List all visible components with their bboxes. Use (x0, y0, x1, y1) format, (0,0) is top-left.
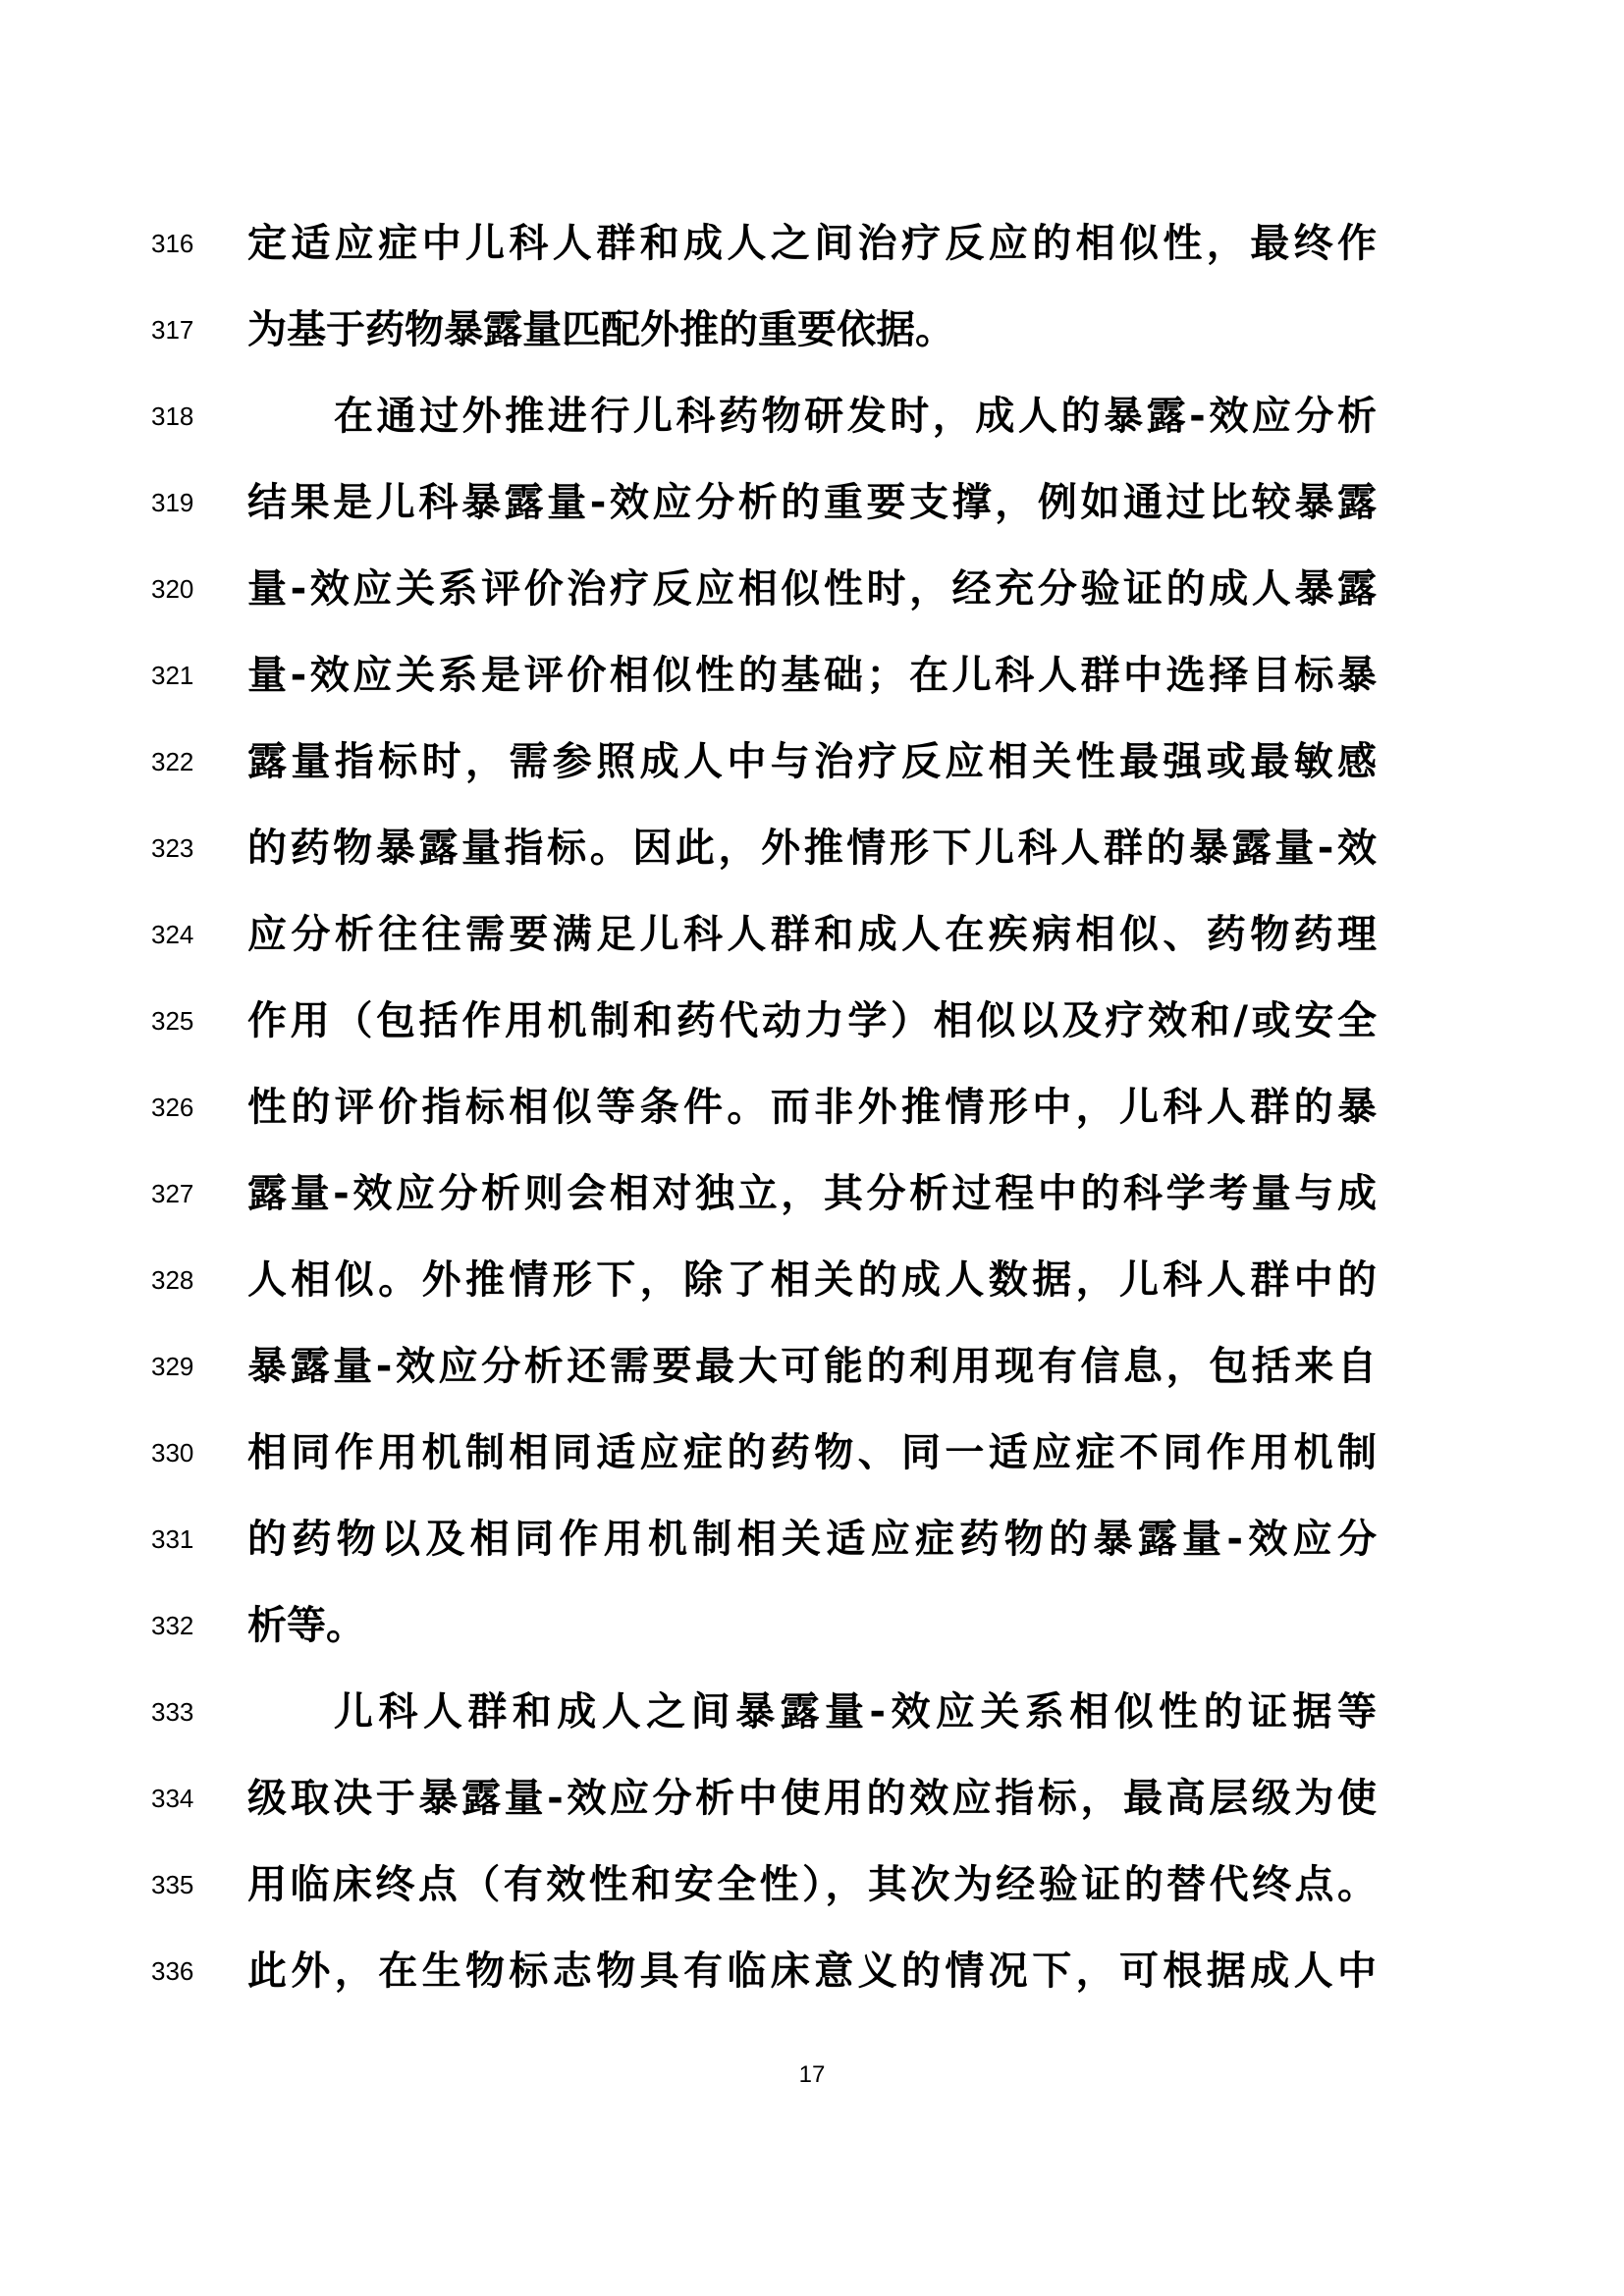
line-text: 露量-效应分析则会相对独立，其分析过程中的科学考量与成 (247, 1169, 1377, 1218)
line-332: 332 析等。 (0, 1601, 1624, 1687)
line-number: 326 (151, 1083, 220, 1132)
line-number: 320 (151, 564, 220, 614)
line-number: 330 (151, 1428, 220, 1477)
line-number: 317 (151, 305, 220, 354)
line-321: 321 量-效应关系是评价相似性的基础；在儿科人群中选择目标暴 (0, 651, 1624, 737)
line-318: 318 在通过外推进行儿科药物研发时，成人的暴露-效应分析 (0, 392, 1624, 478)
line-number: 328 (151, 1255, 220, 1305)
line-text: 量-效应关系评价治疗反应相似性时，经充分验证的成人暴露 (247, 564, 1377, 614)
line-number: 335 (151, 1860, 220, 1909)
line-number: 332 (151, 1601, 220, 1650)
line-327: 327 露量-效应分析则会相对独立，其分析过程中的科学考量与成 (0, 1169, 1624, 1255)
line-text: 相同作用机制相同适应症的药物、同一适应症不同作用机制 (247, 1428, 1377, 1477)
line-number: 333 (151, 1687, 220, 1736)
line-number: 321 (151, 651, 220, 700)
line-text: 露量指标时，需参照成人中与治疗反应相关性最强或最敏感 (247, 737, 1377, 786)
line-331: 331 的药物以及相同作用机制相关适应症药物的暴露量-效应分 (0, 1515, 1624, 1601)
line-text: 此外，在生物标志物具有临床意义的情况下，可根据成人中 (247, 1947, 1377, 1996)
line-number: 324 (151, 910, 220, 959)
line-330: 330 相同作用机制相同适应症的药物、同一适应症不同作用机制 (0, 1428, 1624, 1515)
line-317: 317 为基于药物暴露量匹配外推的重要依据。 (0, 305, 1624, 392)
line-number: 334 (151, 1774, 220, 1823)
line-text: 儿科人群和成人之间暴露量-效应关系相似性的证据等 (334, 1687, 1377, 1736)
line-number: 331 (151, 1515, 220, 1564)
line-number: 336 (151, 1947, 220, 1996)
line-316: 316 定适应症中儿科人群和成人之间治疗反应的相似性，最终作 (0, 219, 1624, 305)
line-text: 在通过外推进行儿科药物研发时，成人的暴露-效应分析 (334, 392, 1377, 441)
line-number: 322 (151, 737, 220, 786)
line-text: 应分析往往需要满足儿科人群和成人在疾病相似、药物药理 (247, 910, 1377, 959)
line-322: 322 露量指标时，需参照成人中与治疗反应相关性最强或最敏感 (0, 737, 1624, 824)
line-text: 的药物以及相同作用机制相关适应症药物的暴露量-效应分 (247, 1515, 1377, 1564)
line-text: 为基于药物暴露量匹配外推的重要依据。 (247, 305, 1377, 354)
line-319: 319 结果是儿科暴露量-效应分析的重要支撑，例如通过比较暴露 (0, 478, 1624, 564)
line-text: 量-效应关系是评价相似性的基础；在儿科人群中选择目标暴 (247, 651, 1377, 700)
line-335: 335 用临床终点（有效性和安全性），其次为经验证的替代终点。 (0, 1860, 1624, 1947)
line-320: 320 量-效应关系评价治疗反应相似性时，经充分验证的成人暴露 (0, 564, 1624, 651)
line-325: 325 作用（包括作用机制和药代动力学）相似以及疗效和/或安全 (0, 996, 1624, 1083)
line-336: 336 此外，在生物标志物具有临床意义的情况下，可根据成人中 (0, 1947, 1624, 2033)
line-text: 作用（包括作用机制和药代动力学）相似以及疗效和/或安全 (247, 996, 1377, 1045)
line-328: 328 人相似。外推情形下，除了相关的成人数据，儿科人群中的 (0, 1255, 1624, 1342)
line-number: 319 (151, 478, 220, 527)
page-number: 17 (0, 2061, 1624, 2089)
line-326: 326 性的评价指标相似等条件。而非外推情形中，儿科人群的暴 (0, 1083, 1624, 1169)
line-text: 结果是儿科暴露量-效应分析的重要支撑，例如通过比较暴露 (247, 478, 1377, 527)
line-text: 析等。 (247, 1601, 1377, 1650)
line-number: 329 (151, 1342, 220, 1391)
line-number: 327 (151, 1169, 220, 1218)
line-number: 318 (151, 392, 220, 441)
line-324: 324 应分析往往需要满足儿科人群和成人在疾病相似、药物药理 (0, 910, 1624, 996)
line-text: 用临床终点（有效性和安全性），其次为经验证的替代终点。 (247, 1860, 1377, 1909)
line-text: 级取决于暴露量-效应分析中使用的效应指标，最高层级为使 (247, 1774, 1377, 1823)
line-text: 暴露量-效应分析还需要最大可能的利用现有信息，包括来自 (247, 1342, 1377, 1391)
line-text: 的药物暴露量指标。因此，外推情形下儿科人群的暴露量-效 (247, 824, 1377, 873)
line-text: 定适应症中儿科人群和成人之间治疗反应的相似性，最终作 (247, 219, 1377, 268)
line-329: 329 暴露量-效应分析还需要最大可能的利用现有信息，包括来自 (0, 1342, 1624, 1428)
line-number: 325 (151, 996, 220, 1045)
line-number: 316 (151, 219, 220, 268)
line-text: 性的评价指标相似等条件。而非外推情形中，儿科人群的暴 (247, 1083, 1377, 1132)
line-333: 333 儿科人群和成人之间暴露量-效应关系相似性的证据等 (0, 1687, 1624, 1774)
line-text: 人相似。外推情形下，除了相关的成人数据，儿科人群中的 (247, 1255, 1377, 1305)
line-323: 323 的药物暴露量指标。因此，外推情形下儿科人群的暴露量-效 (0, 824, 1624, 910)
line-334: 334 级取决于暴露量-效应分析中使用的效应指标，最高层级为使 (0, 1774, 1624, 1860)
document-page: 316 定适应症中儿科人群和成人之间治疗反应的相似性，最终作 317 为基于药物… (0, 0, 1624, 2296)
line-number: 323 (151, 824, 220, 873)
